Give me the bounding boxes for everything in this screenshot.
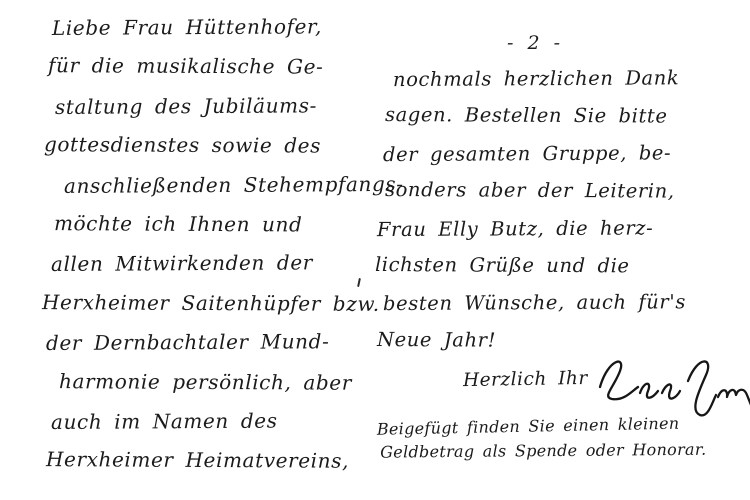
handwritten-line: lichsten Grüße und die	[375, 246, 747, 285]
handwritten-line: besten Wünsche, auch für's	[383, 283, 747, 323]
handwritten-line: nochmals herzlichen Dank	[393, 59, 747, 99]
handwritten-line: sonders aber der Leiterin,	[385, 171, 747, 210]
letter-page-1: Liebe Frau Hüttenhofer, für die musikali…	[40, 8, 370, 481]
handwritten-line: Herxheimer Saitenhüpfer bzw.	[42, 283, 370, 324]
handwritten-line: harmonie persönlich, aber	[59, 362, 370, 403]
letter-page-2: - 2 - nochmals herzlichen Dank sagen. Be…	[375, 8, 747, 463]
handwritten-line: staltung des Jubiläums-	[55, 86, 370, 127]
page-number: - 2 -	[507, 32, 747, 54]
handwritten-line: allen Mitwirkenden der	[51, 243, 370, 284]
letter-scan: Liebe Frau Hüttenhofer, für die musikali…	[0, 0, 750, 500]
handwritten-line: Frau Elly Butz, die herz-	[377, 208, 747, 248]
page-2-body: nochmals herzlichen Dank sagen. Bestelle…	[375, 60, 747, 359]
postscript-line: Geldbetrag als Spende oder Honorar.	[380, 437, 747, 465]
handwritten-line: anschließenden Stehempfangs-	[64, 165, 370, 206]
handwritten-line: der Dernbachtaler Mund-	[46, 322, 370, 363]
handwritten-line: Herxheimer Heimatvereins,	[46, 441, 370, 482]
handwritten-line: der gesamten Gruppe, be-	[383, 134, 747, 174]
handwritten-line: möchte ich Ihnen und	[54, 204, 370, 245]
handwritten-line: sagen. Bestellen Sie bitte	[385, 96, 747, 135]
postscript: Beigefügt finden Sie einen kleinen Geldb…	[377, 411, 748, 466]
closing-formula: Herzlich Ihr	[463, 362, 588, 398]
handwritten-line: gottesdienstes sowie des	[44, 125, 370, 166]
handwritten-line: Liebe Frau Hüttenhofer,	[52, 7, 370, 48]
closing-row: Herzlich Ihr	[463, 363, 747, 413]
handwritten-line: für die musikalische Ge-	[48, 47, 370, 88]
handwritten-line: auch im Namen des	[51, 401, 370, 442]
